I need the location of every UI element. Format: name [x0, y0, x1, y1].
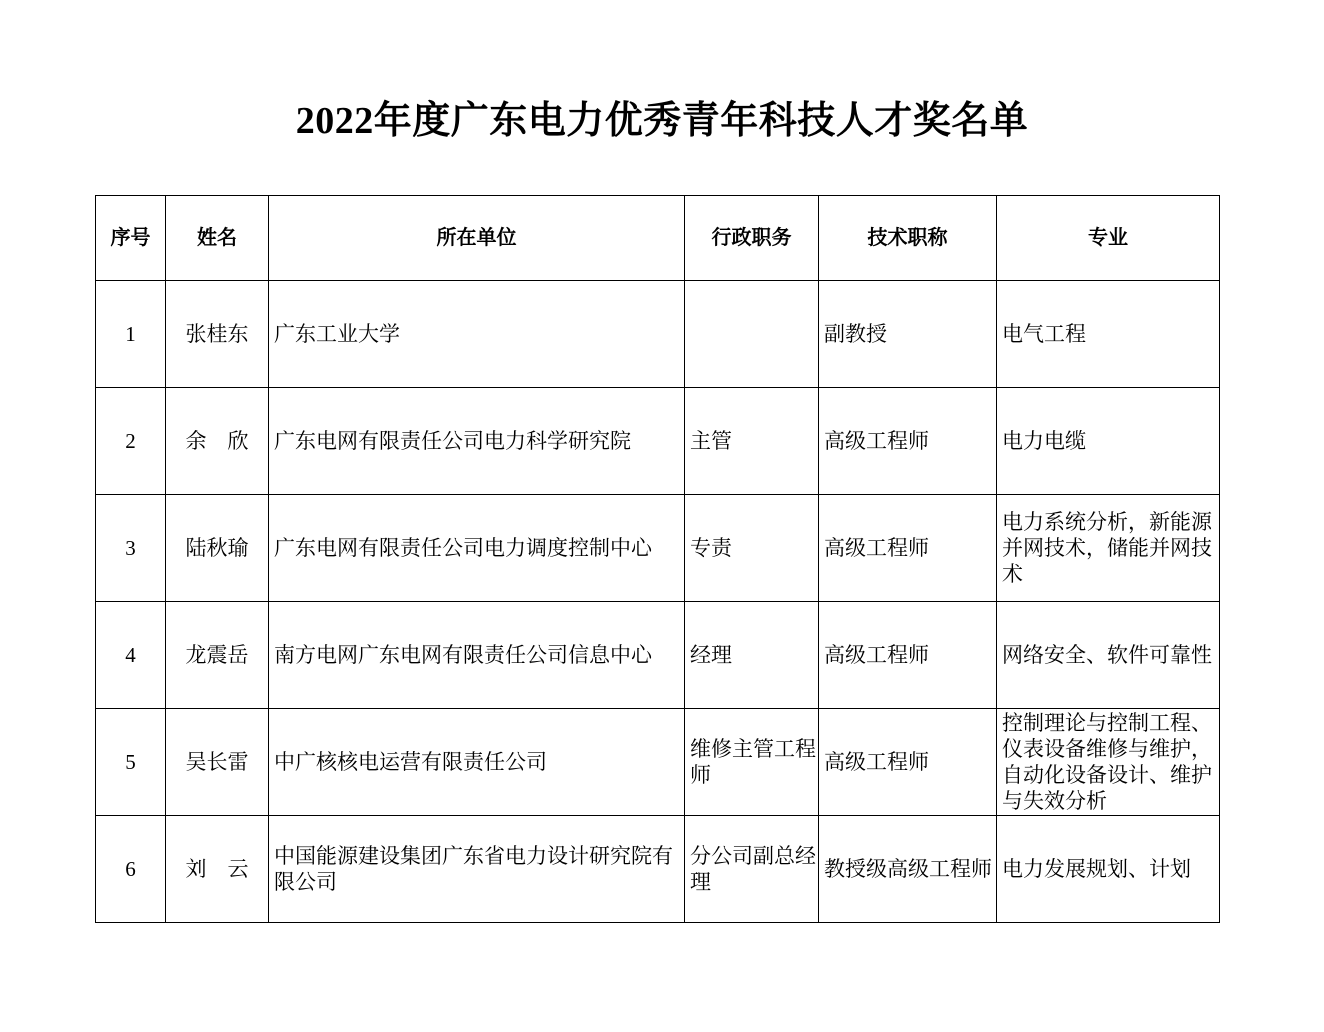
table-header-row: 序号 姓名 所在单位 行政职务 技术职称 专业: [96, 196, 1220, 281]
cell-org: 广东电网有限责任公司电力调度控制中心: [269, 495, 685, 602]
cell-no: 5: [96, 709, 166, 816]
table-row: 1 张桂东 广东工业大学 副教授 电气工程: [96, 281, 1220, 388]
cell-name: 龙震岳: [166, 602, 269, 709]
page-title: 2022年度广东电力优秀青年科技人才奖名单: [0, 102, 1324, 140]
cell-org: 中广核核电运营有限责任公司: [269, 709, 685, 816]
cell-major: 控制理论与控制工程、仪表设备维修与维护，自动化设备设计、维护与失效分析: [997, 709, 1220, 816]
cell-name: 刘 云: [166, 816, 269, 923]
cell-admin: 主管: [685, 388, 819, 495]
cell-no: 3: [96, 495, 166, 602]
cell-no: 1: [96, 281, 166, 388]
cell-name: 陆秋瑜: [166, 495, 269, 602]
header-admin: 行政职务: [685, 196, 819, 281]
header-no: 序号: [96, 196, 166, 281]
cell-no: 2: [96, 388, 166, 495]
header-name: 姓名: [166, 196, 269, 281]
cell-admin: 专责: [685, 495, 819, 602]
cell-org: 南方电网广东电网有限责任公司信息中心: [269, 602, 685, 709]
cell-org: 中国能源建设集团广东省电力设计研究院有限公司: [269, 816, 685, 923]
cell-no: 6: [96, 816, 166, 923]
cell-major: 电气工程: [997, 281, 1220, 388]
cell-name: 张桂东: [166, 281, 269, 388]
cell-tech: 高级工程师: [819, 602, 997, 709]
table-row: 5 吴长雷 中广核核电运营有限责任公司 维修主管工程师 高级工程师 控制理论与控…: [96, 709, 1220, 816]
table-row: 3 陆秋瑜 广东电网有限责任公司电力调度控制中心 专责 高级工程师 电力系统分析…: [96, 495, 1220, 602]
cell-tech: 教授级高级工程师: [819, 816, 997, 923]
table-row: 4 龙震岳 南方电网广东电网有限责任公司信息中心 经理 高级工程师 网络安全、软…: [96, 602, 1220, 709]
table-row: 2 余 欣 广东电网有限责任公司电力科学研究院 主管 高级工程师 电力电缆: [96, 388, 1220, 495]
awards-table: 序号 姓名 所在单位 行政职务 技术职称 专业 1 张桂东 广东工业大学 副教授…: [95, 195, 1220, 923]
cell-admin: 维修主管工程师: [685, 709, 819, 816]
cell-tech: 高级工程师: [819, 388, 997, 495]
cell-tech: 高级工程师: [819, 495, 997, 602]
cell-major: 电力系统分析，新能源并网技术，储能并网技术: [997, 495, 1220, 602]
cell-admin: [685, 281, 819, 388]
table-row: 6 刘 云 中国能源建设集团广东省电力设计研究院有限公司 分公司副总经理 教授级…: [96, 816, 1220, 923]
header-major: 专业: [997, 196, 1220, 281]
cell-admin: 分公司副总经理: [685, 816, 819, 923]
cell-org: 广东电网有限责任公司电力科学研究院: [269, 388, 685, 495]
cell-name: 吴长雷: [166, 709, 269, 816]
cell-major: 电力电缆: [997, 388, 1220, 495]
header-tech: 技术职称: [819, 196, 997, 281]
cell-no: 4: [96, 602, 166, 709]
cell-tech: 副教授: [819, 281, 997, 388]
cell-major: 电力发展规划、计划: [997, 816, 1220, 923]
cell-org: 广东工业大学: [269, 281, 685, 388]
cell-tech: 高级工程师: [819, 709, 997, 816]
header-org: 所在单位: [269, 196, 685, 281]
cell-admin: 经理: [685, 602, 819, 709]
cell-major: 网络安全、软件可靠性: [997, 602, 1220, 709]
cell-name: 余 欣: [166, 388, 269, 495]
